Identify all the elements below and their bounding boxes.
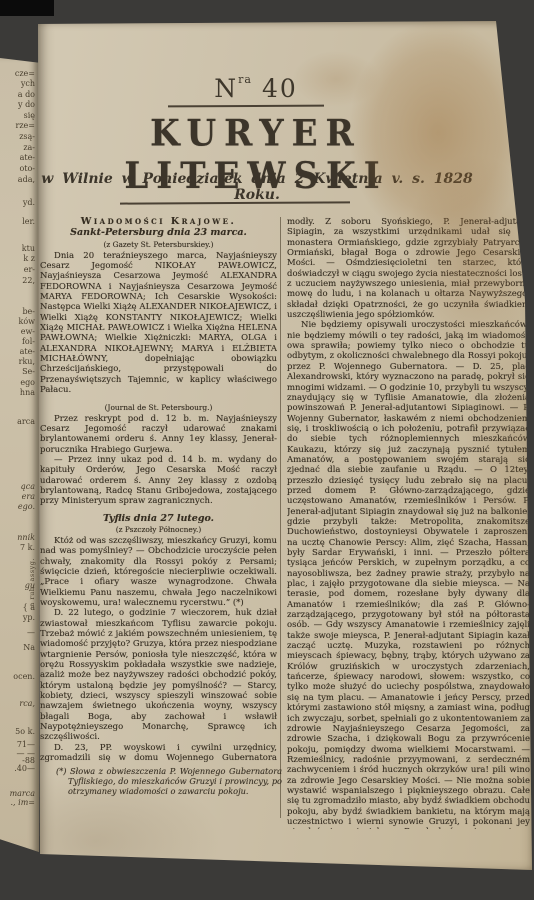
text-fragment: ego. xyxy=(18,502,35,511)
text-fragment: się xyxy=(24,111,35,120)
text-fragment: ada, xyxy=(18,175,35,184)
text-fragment: y do xyxy=(18,100,35,109)
text-fragment: nnik xyxy=(17,533,35,542)
newspaper-page: Nra40 KURYER LITEWSKI w Wilnie w Poniedz… xyxy=(36,21,533,874)
masthead: Nra40 KURYER LITEWSKI w Wilnie w Poniedz… xyxy=(36,21,533,217)
text-fragment: k z xyxy=(23,254,35,263)
footnote: (*) Słowa z obwieszczenia P. Wojennego G… xyxy=(56,767,282,797)
masthead-rule-top xyxy=(168,105,324,107)
text-fragment: rze= xyxy=(16,121,35,130)
text-fragment: zsą- xyxy=(19,132,35,141)
left-column: Wiadomości Krajowe.Sankt-Petersburg dnia… xyxy=(40,217,277,829)
text-fragment: rku, xyxy=(19,357,35,366)
paragraph: Wiadomości Krajowe. xyxy=(40,217,277,227)
text-fragment: ate- xyxy=(20,347,35,356)
text-fragment: 5o k. xyxy=(15,727,35,736)
paragraph: D. 23, PP. woyskowi i cywilni urzędnicy,… xyxy=(40,743,277,764)
text-fragment: fol- xyxy=(22,337,35,346)
text-fragment: yp. xyxy=(23,613,35,622)
text-fragment: rca, xyxy=(19,699,35,708)
text-fragment: a do xyxy=(18,90,35,99)
masthead-rule-bottom xyxy=(120,201,350,204)
text-fragment: era xyxy=(22,492,35,501)
text-fragment: yd. xyxy=(23,198,35,207)
text-fragment: be- xyxy=(22,307,35,316)
paragraph: Któż od was szczęśliwszy, mieszkańcy Gru… xyxy=(40,536,277,608)
text-fragment: Na xyxy=(23,643,35,652)
previous-page-edge: cze=ycha doy dosięrze=zsą-za-ate-oto-ada… xyxy=(0,58,39,852)
issue-number: Nra40 xyxy=(36,73,476,103)
scanner-edge xyxy=(0,0,54,16)
text-fragment: ąca xyxy=(21,482,35,491)
paragraph: — Przez inny ukaz pod d. 14 b. m. wydany… xyxy=(40,455,277,507)
text-fragment: ., im= xyxy=(11,798,35,807)
paragraph: Dnia 20 teraźnieyszego marca, Nayjaśniey… xyxy=(40,251,277,396)
text-fragment: marca xyxy=(10,789,35,798)
scan-background: cze=ycha doy dosięrze=zsą-za-ate-oto-ada… xyxy=(0,0,534,900)
text-fragment: ego xyxy=(20,378,35,387)
text-fragment: hna xyxy=(20,388,35,397)
paragraph: (Journal de St. Petersbourg.) xyxy=(40,403,277,412)
text-fragment: { a xyxy=(23,603,35,612)
body-columns: Wiadomości Krajowe.Sankt-Petersburg dnia… xyxy=(40,217,530,829)
paragraph: D. 22 lutego, o godzinie 7 wieczorem, hu… xyxy=(40,608,277,742)
text-fragment: a rub. assyg. xyxy=(28,558,37,606)
text-fragment: cze= xyxy=(15,69,35,78)
text-fragment: .40— xyxy=(14,764,35,773)
paragraph: (z Pszczoły Północney.) xyxy=(40,525,277,534)
text-fragment: 22, xyxy=(22,276,35,285)
text-fragment: ocen. xyxy=(13,672,35,681)
text-fragment: er- xyxy=(24,265,35,274)
text-fragment: arca xyxy=(17,417,35,426)
text-fragment: 71— xyxy=(17,740,35,749)
text-fragment: ych xyxy=(21,79,35,88)
issue-digits: 40 xyxy=(262,74,298,103)
text-fragment: za- xyxy=(23,143,35,152)
text-fragment: 7 k. xyxy=(20,543,35,552)
text-fragment: Se- xyxy=(22,367,35,376)
paragraph: Tyflis dnia 27 lutego. xyxy=(40,514,277,524)
paragraph: (z Gazety St. Petersburskiey.) xyxy=(40,240,277,249)
issue-superscript: ra xyxy=(238,73,252,86)
text-fragment: ków xyxy=(18,317,35,326)
masthead-dateline: w Wilnie w Poniedziałek dnia 2 Kwietnia … xyxy=(36,171,478,203)
text-fragment: ew- xyxy=(21,327,35,336)
text-fragment: — xyxy=(27,628,35,637)
left-column-text: Wiadomości Krajowe.Sankt-Petersburg dnia… xyxy=(40,217,277,764)
column-divider xyxy=(280,217,281,818)
paragraph: Sankt-Petersburg dnia 23 marca. xyxy=(40,228,277,238)
paragraph: Przez reskrypt pod d. 12 b. m. Nayjaśnie… xyxy=(40,414,277,455)
text-fragment: ktu xyxy=(22,244,35,253)
text-fragment: ate- xyxy=(20,153,35,162)
paragraph: modły. Z soboru Syońskiego, P. Jenerał-a… xyxy=(287,217,530,320)
issue-prefix: N xyxy=(214,74,238,103)
text-fragment: oto- xyxy=(19,164,35,173)
text-fragment: ler. xyxy=(22,217,35,226)
paragraph: Nie będziemy opisywali uroczystości mies… xyxy=(287,320,530,829)
right-column: modły. Z soboru Syońskiego, P. Jenerał-a… xyxy=(287,217,530,829)
